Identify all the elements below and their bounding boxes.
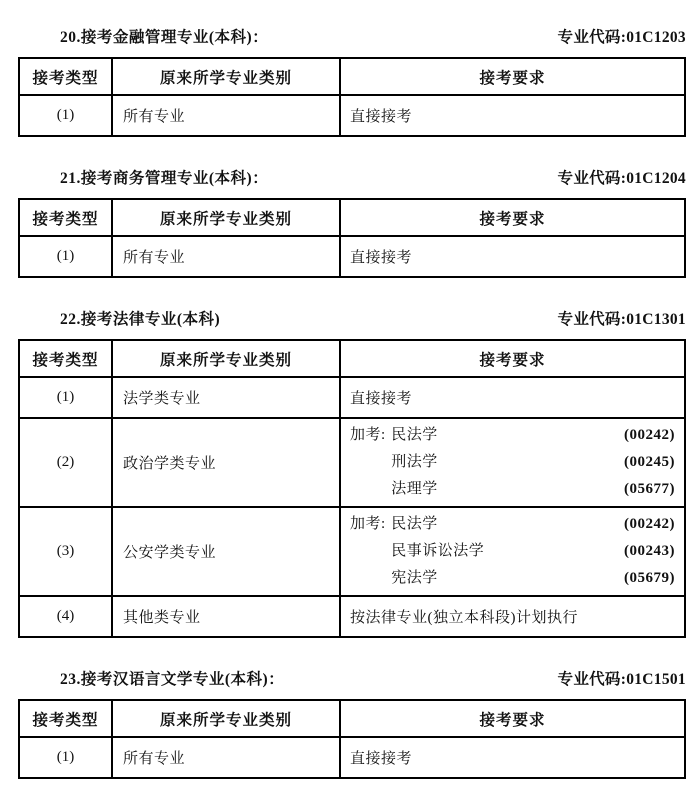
course-code: (00242) [624, 422, 675, 449]
section-heading: 20.接考金融管理专业(本科)：专业代码:01C1203 [18, 25, 686, 47]
column-header-0: 接考类型 [19, 199, 112, 236]
row-requirement-cell: 直接接考 [340, 236, 685, 277]
table-row: (3)公安学类专业加考:民法学(00242)民事诉讼法学(00243)宪法学(0… [19, 507, 685, 596]
header-row: 接考类型原来所学专业类别接考要求 [19, 199, 685, 236]
table-row: (2)政治学类专业加考:民法学(00242)刑法学(00245)法理学(0567… [19, 418, 685, 507]
row-category-cell: 政治学类专业 [112, 418, 340, 507]
requirements-table: 接考类型原来所学专业类别接考要求(1)法学类专业直接接考(2)政治学类专业加考:… [18, 339, 686, 638]
row-type-cell: (1) [19, 377, 112, 418]
row-category-cell: 公安学类专业 [112, 507, 340, 596]
course-line: 民事诉讼法学(00243) [350, 538, 675, 565]
row-requirement-cell: 直接接考 [340, 95, 685, 136]
section-20: 20.接考金融管理专业(本科)：专业代码:01C1203接考类型原来所学专业类别… [18, 25, 686, 137]
requirement-text: 直接接考 [350, 105, 675, 126]
section-heading: 23.接考汉语言文学专业(本科)：专业代码:01C1501 [18, 667, 686, 689]
course-code: (00245) [624, 449, 675, 476]
course-line: 法理学(05677) [350, 476, 675, 503]
row-requirement-cell: 加考:民法学(00242)民事诉讼法学(00243)宪法学(05679) [340, 507, 685, 596]
section-22: 22.接考法律专业(本科)专业代码:01C1301接考类型原来所学专业类别接考要… [18, 307, 686, 638]
column-header-1: 原来所学专业类别 [112, 199, 340, 236]
course-name: 民事诉讼法学 [391, 538, 484, 565]
course-code: (05677) [624, 476, 675, 503]
requirements-table: 接考类型原来所学专业类别接考要求(1)所有专业直接接考 [18, 57, 686, 137]
header-row: 接考类型原来所学专业类别接考要求 [19, 340, 685, 377]
row-type-cell: (1) [19, 236, 112, 277]
row-type-cell: (4) [19, 596, 112, 637]
major-code-label: 专业代码:01C1501 [558, 667, 686, 689]
requirement-text: 直接接考 [350, 246, 675, 267]
column-header-2: 接考要求 [340, 58, 685, 95]
column-header-1: 原来所学专业类别 [112, 340, 340, 377]
column-header-1: 原来所学专业类别 [112, 700, 340, 737]
major-code-label: 专业代码:01C1203 [558, 25, 686, 47]
requirement-text: 直接接考 [350, 747, 675, 768]
table-row: (1)法学类专业直接接考 [19, 377, 685, 418]
table-row: (1)所有专业直接接考 [19, 737, 685, 778]
course-prefix: 加考: [350, 511, 391, 538]
row-requirement-cell: 加考:民法学(00242)刑法学(00245)法理学(05677) [340, 418, 685, 507]
header-row: 接考类型原来所学专业类别接考要求 [19, 58, 685, 95]
major-code-label: 专业代码:01C1301 [558, 307, 686, 329]
course-line: 加考:民法学(00242) [350, 511, 675, 538]
column-header-2: 接考要求 [340, 700, 685, 737]
row-requirement-cell: 直接接考 [340, 377, 685, 418]
column-header-0: 接考类型 [19, 340, 112, 377]
row-category-cell: 所有专业 [112, 737, 340, 778]
column-header-2: 接考要求 [340, 199, 685, 236]
section-title: 21.接考商务管理专业(本科)： [60, 166, 268, 188]
row-requirement-cell: 按法律专业(独立本科段)计划执行 [340, 596, 685, 637]
course-name: 民法学 [391, 422, 438, 449]
course-line: 加考:民法学(00242) [350, 422, 675, 449]
column-header-2: 接考要求 [340, 340, 685, 377]
section-21: 21.接考商务管理专业(本科)：专业代码:01C1204接考类型原来所学专业类别… [18, 166, 686, 278]
course-code: (00243) [624, 538, 675, 565]
course-code: (00242) [624, 511, 675, 538]
section-heading: 21.接考商务管理专业(本科)：专业代码:01C1204 [18, 166, 686, 188]
column-header-1: 原来所学专业类别 [112, 58, 340, 95]
row-type-cell: (3) [19, 507, 112, 596]
section-title: 23.接考汉语言文学专业(本科)： [60, 667, 284, 689]
table-row: (1)所有专业直接接考 [19, 95, 685, 136]
course-prefix: 加考: [350, 422, 391, 449]
section-title: 22.接考法律专业(本科) [60, 307, 220, 329]
row-type-cell: (1) [19, 95, 112, 136]
column-header-0: 接考类型 [19, 58, 112, 95]
course-name: 法理学 [391, 476, 438, 503]
table-row: (1)所有专业直接接考 [19, 236, 685, 277]
section-23: 23.接考汉语言文学专业(本科)：专业代码:01C1501接考类型原来所学专业类… [18, 667, 686, 779]
major-code-label: 专业代码:01C1204 [558, 166, 686, 188]
requirement-text: 按法律专业(独立本科段)计划执行 [350, 606, 675, 627]
row-category-cell: 其他类专业 [112, 596, 340, 637]
row-category-cell: 所有专业 [112, 236, 340, 277]
row-requirement-cell: 直接接考 [340, 737, 685, 778]
requirement-text: 直接接考 [350, 387, 675, 408]
course-code: (05679) [624, 565, 675, 592]
table-row: (4)其他类专业按法律专业(独立本科段)计划执行 [19, 596, 685, 637]
row-category-cell: 所有专业 [112, 95, 340, 136]
header-row: 接考类型原来所学专业类别接考要求 [19, 700, 685, 737]
row-type-cell: (1) [19, 737, 112, 778]
row-type-cell: (2) [19, 418, 112, 507]
course-name: 刑法学 [391, 449, 438, 476]
course-name: 民法学 [391, 511, 438, 538]
course-name: 宪法学 [391, 565, 438, 592]
requirements-table: 接考类型原来所学专业类别接考要求(1)所有专业直接接考 [18, 198, 686, 278]
row-category-cell: 法学类专业 [112, 377, 340, 418]
document-page: 20.接考金融管理专业(本科)：专业代码:01C1203接考类型原来所学专业类别… [0, 0, 700, 785]
requirements-table: 接考类型原来所学专业类别接考要求(1)所有专业直接接考 [18, 699, 686, 779]
section-heading: 22.接考法律专业(本科)专业代码:01C1301 [18, 307, 686, 329]
column-header-0: 接考类型 [19, 700, 112, 737]
section-title: 20.接考金融管理专业(本科)： [60, 25, 268, 47]
course-line: 刑法学(00245) [350, 449, 675, 476]
course-line: 宪法学(05679) [350, 565, 675, 592]
